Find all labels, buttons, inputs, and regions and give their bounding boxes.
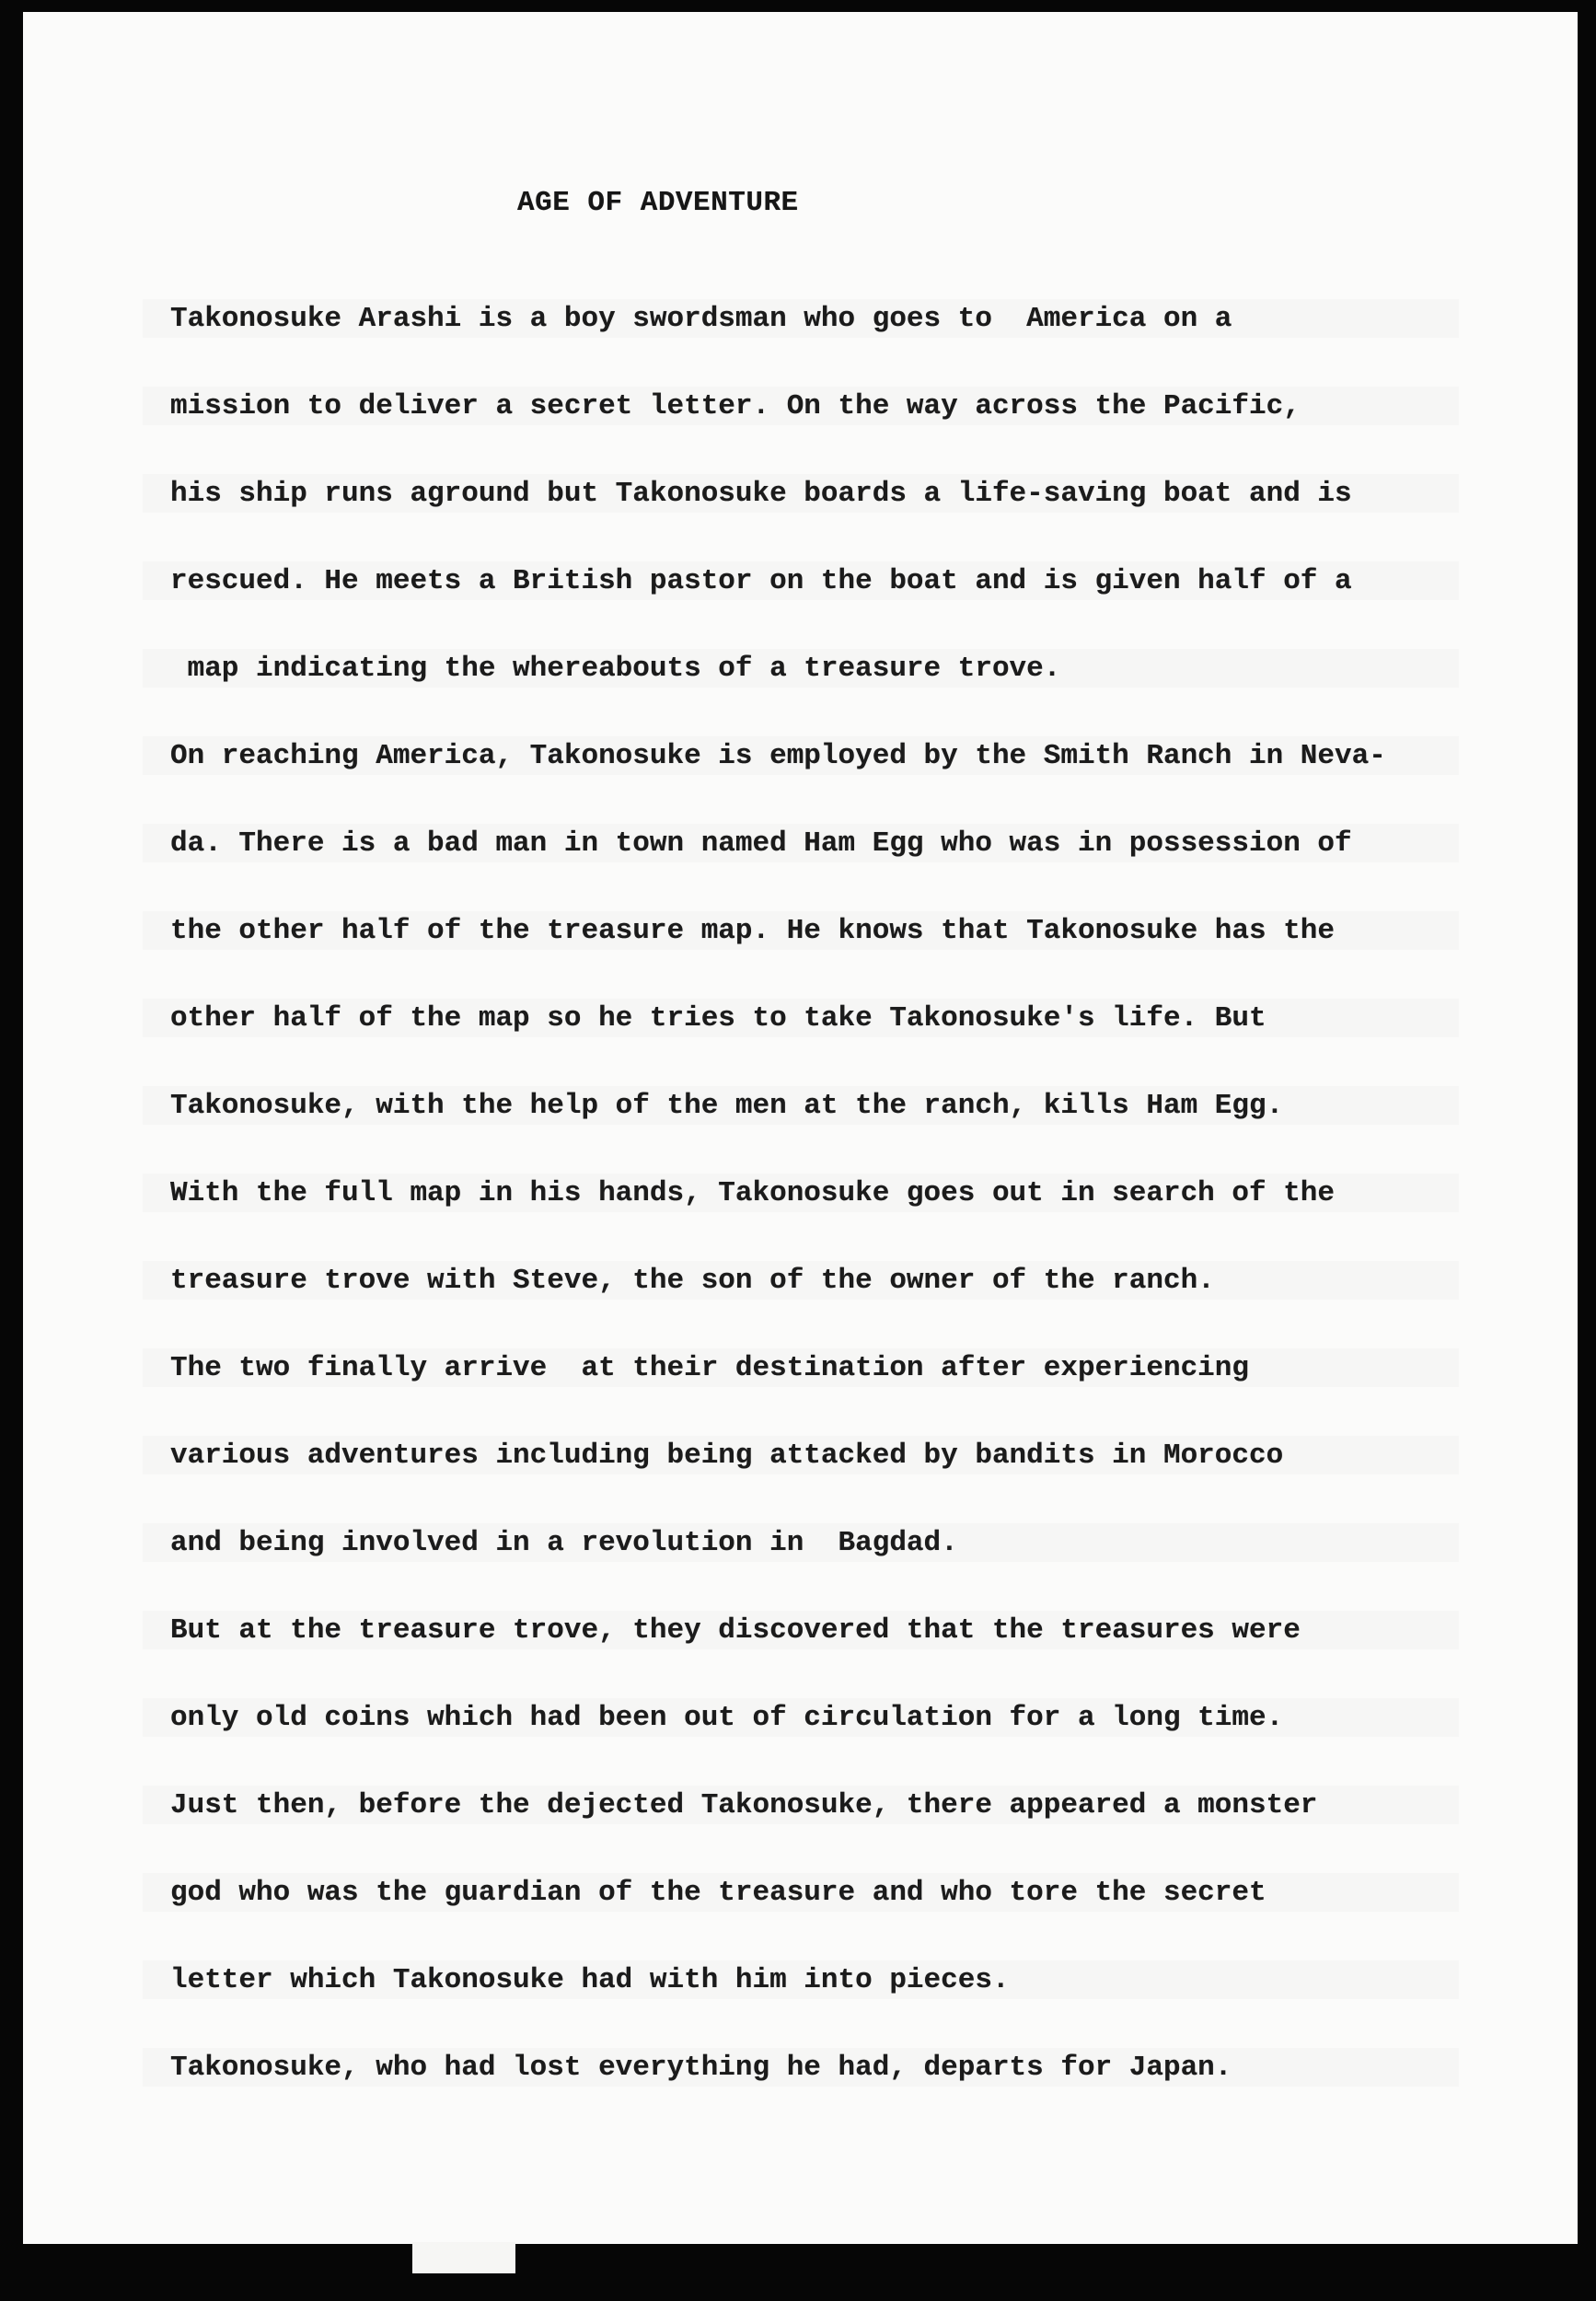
text-line: and being involved in a revolution in Ba… bbox=[170, 1499, 1422, 1587]
scan-border-right bbox=[1578, 0, 1596, 2301]
text-line: other half of the map so he tries to tak… bbox=[170, 975, 1422, 1062]
text-line: Just then, before the dejected Takonosuk… bbox=[170, 1762, 1422, 1849]
text-line: letter which Takonosuke had with him int… bbox=[170, 1937, 1422, 2024]
text-line: the other half of the treasure map. He k… bbox=[170, 887, 1422, 975]
scan-border-top bbox=[0, 0, 1596, 12]
text-line: With the full map in his hands, Takonosu… bbox=[170, 1150, 1422, 1237]
page-title: AGE OF ADVENTURE bbox=[517, 187, 799, 220]
text-line: On reaching America, Takonosuke is emplo… bbox=[170, 712, 1422, 800]
text-line: But at the treasure trove, they discover… bbox=[170, 1587, 1422, 1674]
scan-border-left bbox=[0, 0, 23, 2301]
text-line: Takonosuke, who had lost everything he h… bbox=[170, 2024, 1422, 2111]
text-line: Takonosuke, with the help of the men at … bbox=[170, 1062, 1422, 1150]
text-line: da. There is a bad man in town named Ham… bbox=[170, 800, 1422, 887]
text-line: map indicating the whereabouts of a trea… bbox=[170, 625, 1422, 712]
text-line: his ship runs aground but Takonosuke boa… bbox=[170, 450, 1422, 538]
text-line: rescued. He meets a British pastor on th… bbox=[170, 538, 1422, 625]
text-line: various adventures including being attac… bbox=[170, 1412, 1422, 1499]
text-line: treasure trove with Steve, the son of th… bbox=[170, 1237, 1422, 1324]
text-line: Takonosuke Arashi is a boy swordsman who… bbox=[170, 275, 1422, 363]
text-line: The two finally arrive at their destinat… bbox=[170, 1324, 1422, 1412]
text-line: god who was the guardian of the treasure… bbox=[170, 1849, 1422, 1937]
document-body: Takonosuke Arashi is a boy swordsman who… bbox=[170, 275, 1422, 2111]
scanned-typewritten-page: AGE OF ADVENTURE Takonosuke Arashi is a … bbox=[0, 0, 1596, 2301]
text-line: mission to deliver a secret letter. On t… bbox=[170, 363, 1422, 450]
text-line: only old coins which had been out of cir… bbox=[170, 1674, 1422, 1762]
scan-border-bottom bbox=[0, 2244, 1596, 2301]
scan-border-gap bbox=[412, 2242, 515, 2273]
